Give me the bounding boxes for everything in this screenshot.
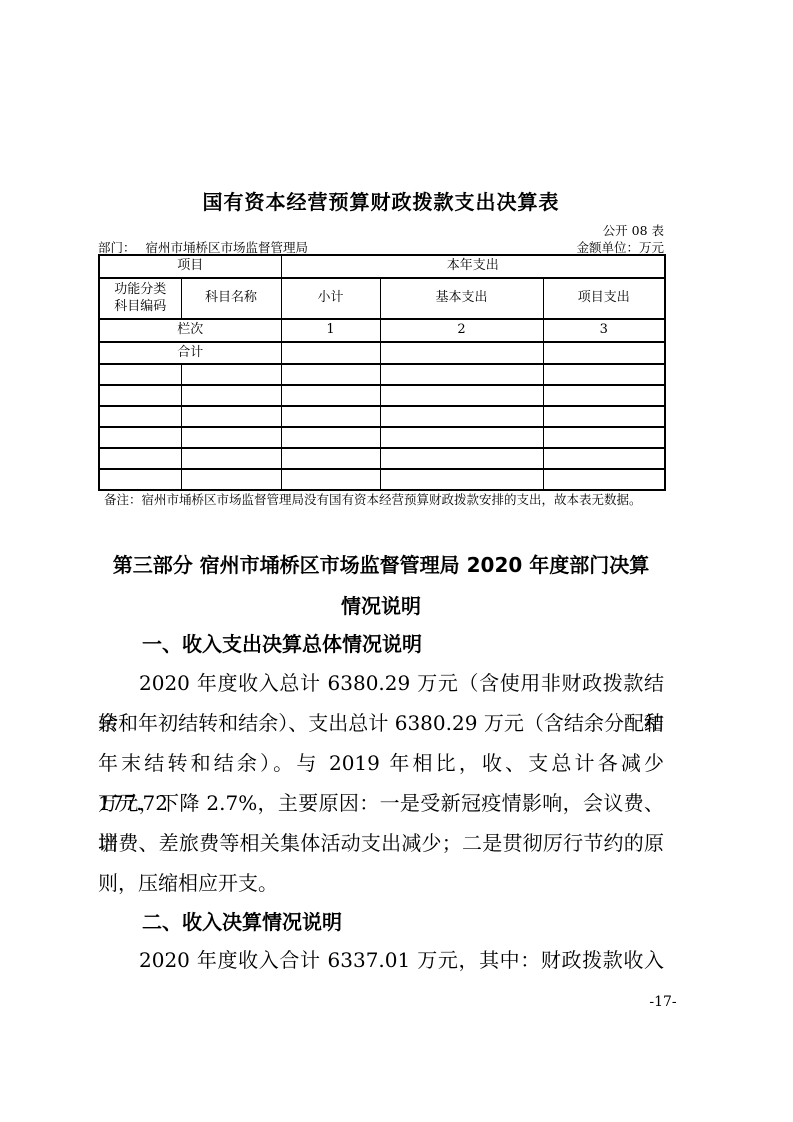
empty-data-row bbox=[99, 448, 665, 469]
empty-data-row bbox=[99, 469, 665, 490]
paragraph-income-detail: 2020 年度收入合计 6337.01 万元，其中：财政拨款收入 bbox=[98, 940, 664, 980]
index-value-3: 3 bbox=[543, 319, 665, 342]
index-value-1: 1 bbox=[281, 319, 380, 342]
section2-heading: 二、收入决算情况说明 bbox=[98, 906, 664, 935]
column-index-row: 栏次 1 2 3 bbox=[99, 319, 665, 342]
body-line: 万元，下降 2.7%，主要原因：一是受新冠疫情影响，会议费、培 bbox=[98, 783, 664, 823]
header-year-expenditure: 本年支出 bbox=[281, 255, 665, 278]
table-header-row-2: 功能分类 科目编码 科目名称 小计 基本支出 项目支出 bbox=[99, 278, 665, 319]
header-func-code: 功能分类 科目编码 bbox=[99, 278, 181, 319]
document-page: 国有资本经营预算财政拨款支出决算表 公开 08 表 部门：宿州市埇桥区市场监督管… bbox=[0, 0, 793, 1122]
body-line: 2020 年度收入总计 6380.29 万元（含使用非财政拨款结转结 bbox=[98, 663, 664, 703]
table-note: 备注：宿州市埇桥区市场监督管理局没有国有资本经营预算财政拨款安排的支出，故本表无… bbox=[98, 490, 670, 508]
index-label-cell: 栏次 bbox=[99, 319, 281, 342]
body-line: 2020 年度收入合计 6337.01 万元，其中：财政拨款收入 bbox=[98, 940, 664, 980]
header-project-expenditure: 项目支出 bbox=[543, 278, 665, 319]
body-line: 训费、差旅费等相关集体活动支出减少；二是贯彻厉行节约的原 bbox=[98, 823, 664, 863]
total-subtotal-cell bbox=[281, 342, 380, 364]
page-number: -17- bbox=[633, 994, 693, 1010]
body-line: 年末结转和结余）。与 2019 年相比，收、支总计各减少 177.72 bbox=[98, 743, 664, 783]
header-subtotal: 小计 bbox=[281, 278, 380, 319]
document-title: 国有资本经营预算财政拨款支出决算表 bbox=[98, 186, 664, 215]
empty-data-row bbox=[99, 385, 665, 406]
empty-data-row bbox=[99, 406, 665, 427]
table-code-label: 公开 08 表 bbox=[98, 221, 664, 239]
part3-heading-line1: 第三部分 宿州市埇桥区市场监督管理局 2020 年度部门决算 bbox=[98, 549, 664, 578]
header-project: 项目 bbox=[99, 255, 281, 278]
header-subject-name: 科目名称 bbox=[181, 278, 281, 319]
department-value: 宿州市埇桥区市场监督管理局 bbox=[146, 240, 309, 255]
table-header-row-1: 项目 本年支出 bbox=[99, 255, 665, 278]
index-value-2: 2 bbox=[380, 319, 543, 342]
empty-data-row bbox=[99, 364, 665, 385]
total-basic-cell bbox=[380, 342, 543, 364]
paragraph-income-expenditure: 2020 年度收入总计 6380.29 万元（含使用非财政拨款结转结 余和年初结… bbox=[98, 663, 664, 903]
budget-table: 项目 本年支出 功能分类 科目编码 科目名称 小计 基本支出 项目支出 栏次 1 bbox=[98, 254, 666, 491]
total-row: 合计 bbox=[99, 342, 665, 364]
header-basic-expenditure: 基本支出 bbox=[380, 278, 543, 319]
section1-heading: 一、收入支出决算总体情况说明 bbox=[98, 628, 664, 657]
total-label-cell: 合计 bbox=[99, 342, 281, 364]
body-line: 余和年初结转和结余）、支出总计 6380.29 万元（含结余分配和 bbox=[98, 703, 664, 743]
total-project-cell bbox=[543, 342, 665, 364]
budget-table-container: 项目 本年支出 功能分类 科目编码 科目名称 小计 基本支出 项目支出 栏次 1 bbox=[98, 254, 664, 491]
header-func-code-line1: 功能分类 bbox=[100, 282, 181, 298]
body-line: 则，压缩相应开支。 bbox=[98, 863, 664, 903]
empty-data-row bbox=[99, 427, 665, 448]
department-label: 部门： bbox=[98, 240, 136, 255]
header-func-code-line2: 科目编码 bbox=[100, 299, 181, 315]
part3-heading-line2: 情况说明 bbox=[98, 590, 664, 619]
